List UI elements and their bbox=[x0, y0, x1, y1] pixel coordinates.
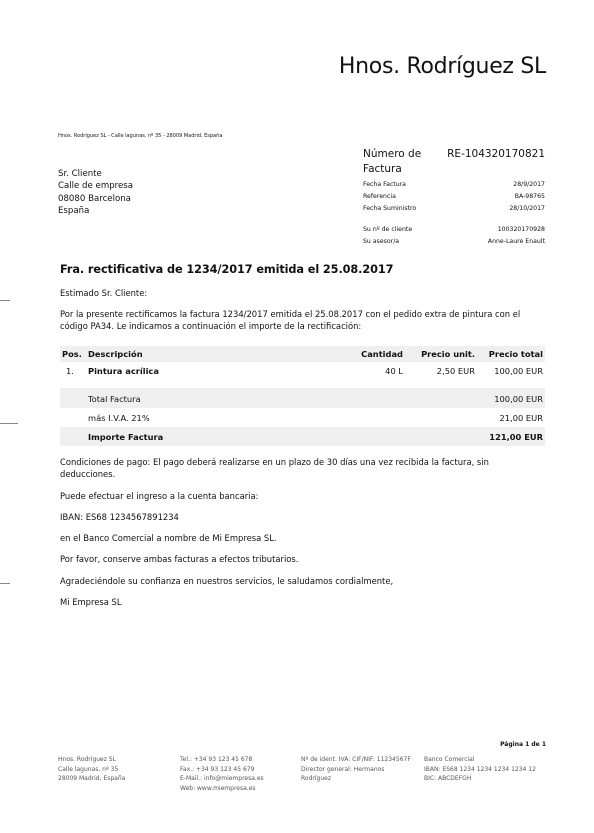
footer-line: Fax.: +34 93 123 45 679 bbox=[180, 765, 264, 775]
meta-value: BA-98765 bbox=[515, 191, 545, 203]
recipient-line: España bbox=[58, 205, 133, 217]
recipient-line: Sr. Cliente bbox=[58, 168, 133, 180]
meta-label: Fecha Factura bbox=[363, 179, 406, 191]
recipient-line: 08080 Barcelona bbox=[58, 193, 133, 205]
summary-label: más I.V.A. 21% bbox=[60, 413, 425, 423]
fold-mark bbox=[0, 583, 10, 584]
col-qty: Cantidad bbox=[323, 349, 403, 359]
invoice-table: Pos. Descripción Cantidad Precio unit. P… bbox=[60, 346, 545, 446]
cell-pos: 1. bbox=[60, 366, 88, 376]
footer-line: Director general: Hermanos bbox=[301, 765, 423, 775]
signature: Mi Empresa SL bbox=[60, 596, 540, 608]
summary-value: 121,00 EUR bbox=[425, 432, 545, 442]
footer-company: Hnos. Rodríguez SL Calle lagunas, nº 35 … bbox=[58, 755, 125, 784]
footer-line: Calle lagunas, nº 35 bbox=[58, 765, 125, 775]
cell-qty: 40 L bbox=[323, 366, 403, 376]
summary-label: Importe Factura bbox=[60, 432, 425, 442]
sender-address-line: Hnos. Rodríguez SL - Calle lagunas, nº 3… bbox=[58, 133, 222, 139]
recipient-address: Sr. Cliente Calle de empresa 08080 Barce… bbox=[58, 168, 133, 217]
page-number: Página 1 de 1 bbox=[500, 741, 546, 748]
payment-terms: Condiciones de pago: El pago deberá real… bbox=[60, 456, 540, 481]
meta-label: Su asesor/a bbox=[363, 236, 399, 248]
bank-intro: Puede efectuar el ingreso a la cuenta ba… bbox=[60, 490, 540, 502]
footer-bank: Banco Comercial IBAN: ES68 1234 1234 123… bbox=[424, 755, 536, 784]
invoice-meta: Número de Factura RE-104320170821 Fecha … bbox=[363, 147, 545, 248]
fold-mark bbox=[0, 300, 10, 301]
col-desc: Descripción bbox=[88, 349, 323, 359]
summary-label: Total Factura bbox=[60, 394, 425, 404]
summary-row-total: Total Factura 100,00 EUR bbox=[60, 389, 545, 408]
punch-mark bbox=[0, 423, 18, 424]
summary-row-vat: más I.V.A. 21% 21,00 EUR bbox=[60, 408, 545, 427]
meta-value: 28/10/2017 bbox=[509, 203, 545, 215]
footer-line: Tel.: +34 93 123 45 678 bbox=[180, 755, 264, 765]
footer-line: E-Mail.: info@miempresa.es bbox=[180, 774, 264, 784]
col-pos: Pos. bbox=[60, 349, 88, 359]
meta-label: Fecha Suministro bbox=[363, 203, 416, 215]
cell-desc: Pintura acrílica bbox=[88, 366, 323, 376]
cell-total: 100,00 EUR bbox=[475, 366, 545, 376]
table-header: Pos. Descripción Cantidad Precio unit. P… bbox=[60, 346, 545, 362]
bank-name: en el Banco Comercial a nombre de Mi Emp… bbox=[60, 532, 540, 544]
meta-label: Referencia bbox=[363, 191, 396, 203]
footer-line: 28009 Madrid, España bbox=[58, 774, 125, 784]
invoice-number-value: RE-104320170821 bbox=[447, 147, 545, 177]
cell-unit: 2,50 EUR bbox=[403, 366, 475, 376]
footer-line: Web: www.miempresa.es bbox=[180, 784, 264, 794]
footer-line: BIC: ABCDEFGH bbox=[424, 774, 536, 784]
meta-label: Su nº de cliente bbox=[363, 224, 412, 236]
keep-note: Por favor, conserve ambas facturas a efe… bbox=[60, 553, 540, 565]
intro-paragraph: Por la presente rectificamos la factura … bbox=[60, 308, 540, 333]
footer-line: Banco Comercial bbox=[424, 755, 536, 765]
footer-legal: Nº de ident. IVA: CIF/NIF: 11234567F Dir… bbox=[301, 755, 423, 784]
footer-line: Hnos. Rodríguez SL bbox=[58, 755, 125, 765]
table-row: 1. Pintura acrílica 40 L 2,50 EUR 100,00… bbox=[60, 362, 545, 380]
recipient-line: Calle de empresa bbox=[58, 180, 133, 192]
col-unit: Precio unit. bbox=[403, 349, 475, 359]
summary-value: 100,00 EUR bbox=[425, 394, 545, 404]
meta-value: 100320170928 bbox=[498, 224, 545, 236]
meta-value: Anne-Laure Enault bbox=[488, 236, 545, 248]
summary-row-amount: Importe Factura 121,00 EUR bbox=[60, 427, 545, 446]
iban: IBAN: ES68 1234567891234 bbox=[60, 511, 540, 523]
closing: Agradeciéndole su confianza en nuestros … bbox=[60, 575, 540, 587]
greeting: Estimado Sr. Cliente: bbox=[60, 287, 540, 299]
footer-line: IBAN: ES68 1234 1234 1234 1234 12 bbox=[424, 765, 536, 775]
footer-contact: Tel.: +34 93 123 45 678 Fax.: +34 93 123… bbox=[180, 755, 264, 793]
footer-line: Nº de ident. IVA: CIF/NIF: 11234567F bbox=[301, 755, 423, 765]
meta-value: 28/9/2017 bbox=[513, 179, 545, 191]
invoice-number-label: Número de Factura bbox=[363, 147, 433, 177]
company-name: Hnos. Rodríguez SL bbox=[0, 54, 546, 79]
col-total: Precio total bbox=[475, 349, 545, 359]
footer-line: Rodríguez bbox=[301, 774, 423, 784]
invoice-subject: Fra. rectificativa de 1234/2017 emitida … bbox=[60, 263, 393, 276]
summary-value: 21,00 EUR bbox=[425, 413, 545, 423]
